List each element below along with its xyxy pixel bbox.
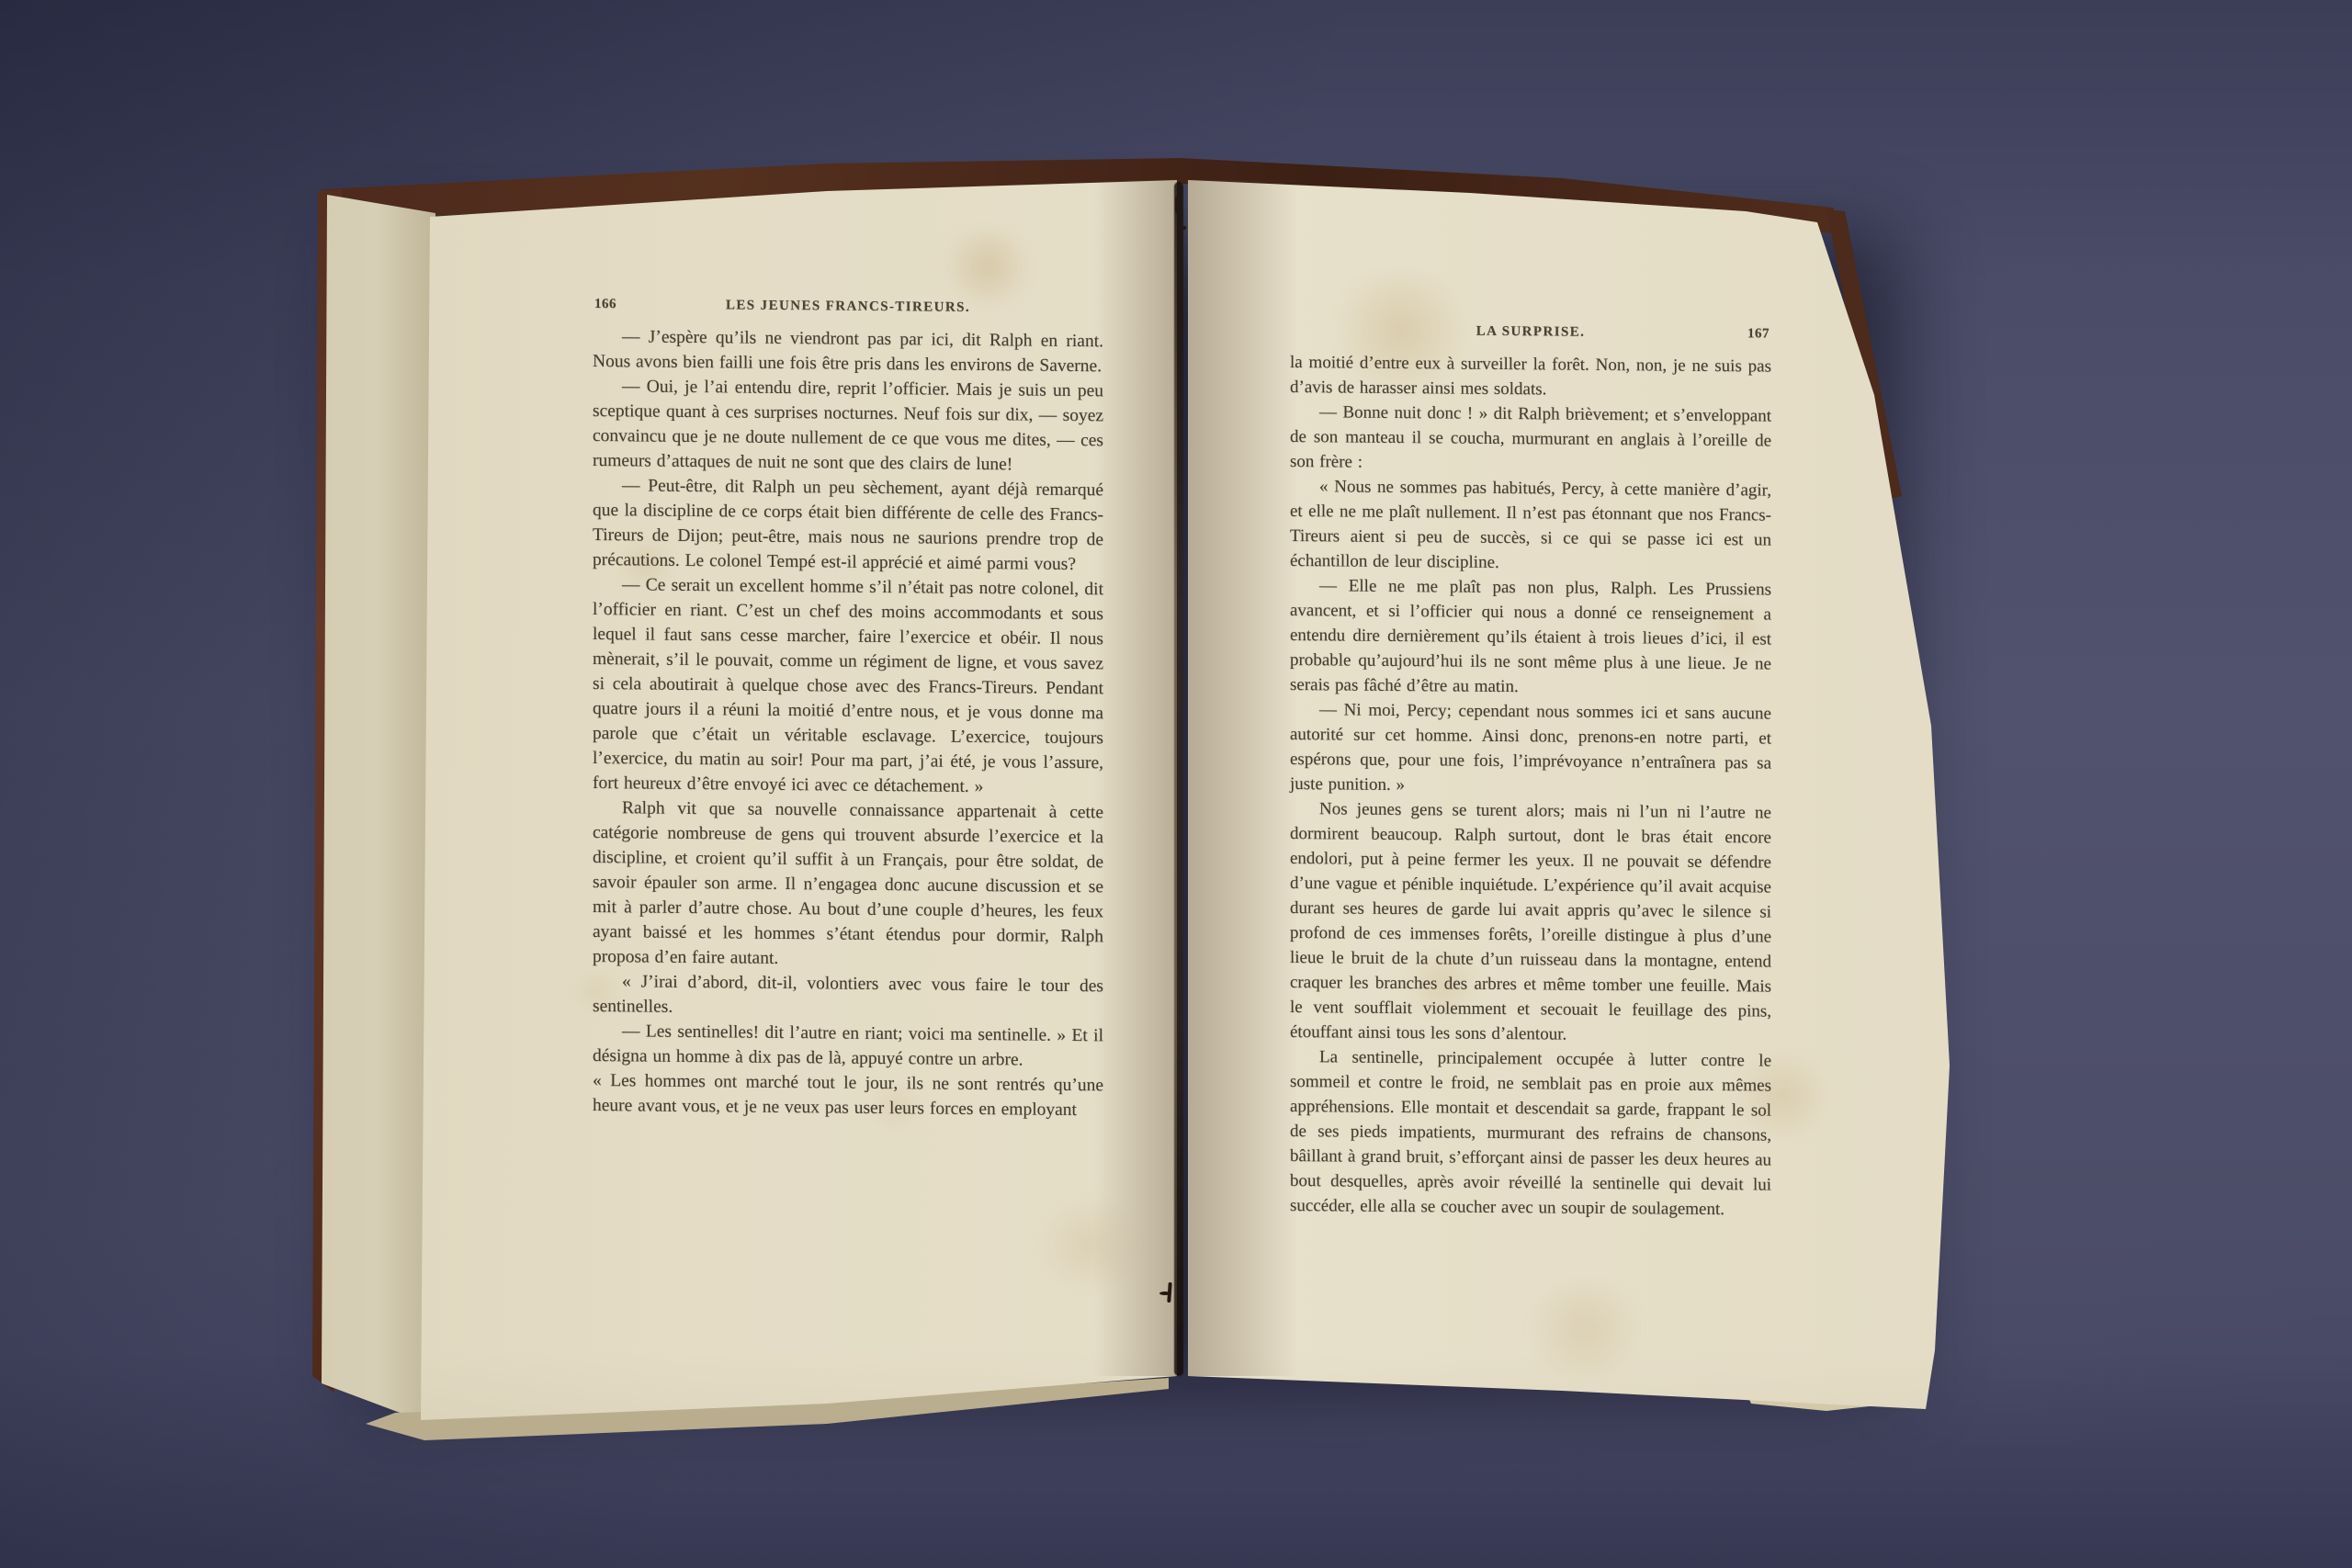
right-running-head: LA SURPRISE. 167 [1290,318,1771,347]
paragraph: — Ce serait un excellent homme s’il n’ét… [593,572,1103,800]
paragraph: — Elle ne me plaît pas non plus, Ralph. … [1290,573,1771,702]
paragraph: « Nous ne sommes pas habitués, Percy, à … [1290,474,1771,578]
paragraph: La sentinelle, principalement occupée à … [1290,1044,1771,1223]
paragraph: « Les hommes ont marché tout le jour, il… [593,1068,1103,1122]
left-page-text: 166 LES JEUNES FRANCS-TIREURS. — J’espèr… [593,292,1103,1122]
left-running-head: 166 LES JEUNES FRANCS-TIREURS. [593,292,1103,321]
paragraph: — Bonne nuit donc ! » dit Ralph brièveme… [1290,400,1771,479]
paragraph: Nos jeunes gens se turent alors; mais ni… [1290,796,1771,1049]
stitch-thread [1175,197,1179,213]
book-gutter [1174,182,1183,1376]
paragraph: — Les sentinelles! dit l’autre en riant;… [593,1019,1103,1073]
stain [1516,1286,1654,1373]
left-page-number: 166 [594,292,616,317]
paragraph: « J’irai d’abord, dit-il, volontiers ave… [593,969,1103,1023]
paragraph: — Peut-être, dit Ralph un peu sèchement,… [593,473,1103,577]
stain [937,230,1038,303]
paragraph: la moitié d’entre eux à surveiller la fo… [1290,350,1771,404]
left-running-title: LES JEUNES FRANCS-TIREURS. [593,292,1103,321]
paragraph: — Ni moi, Percy; cependant nous sommes i… [1290,697,1771,801]
paragraph: — J’espère qu’ils ne viendront pas par i… [593,324,1103,378]
stitch-thread [1159,1292,1170,1295]
right-running-title: LA SURPRISE. [1290,318,1771,347]
stitch-thread [1178,226,1186,230]
paragraph: Ralph vit que sa nouvelle connaissance a… [593,795,1103,974]
right-page-text: LA SURPRISE. 167 la moitié d’entre eux à… [1290,318,1771,1223]
photo-of-open-book: 166 LES JEUNES FRANCS-TIREURS. — J’espèr… [0,0,2352,1568]
paragraph: — Oui, je l’ai entendu dire, reprit l’of… [593,374,1103,478]
right-page-number: 167 [1747,321,1770,346]
gutter-shadow-right [1188,180,1298,1376]
gutter-shadow-left [1093,180,1177,1376]
stain [1029,1203,1148,1286]
